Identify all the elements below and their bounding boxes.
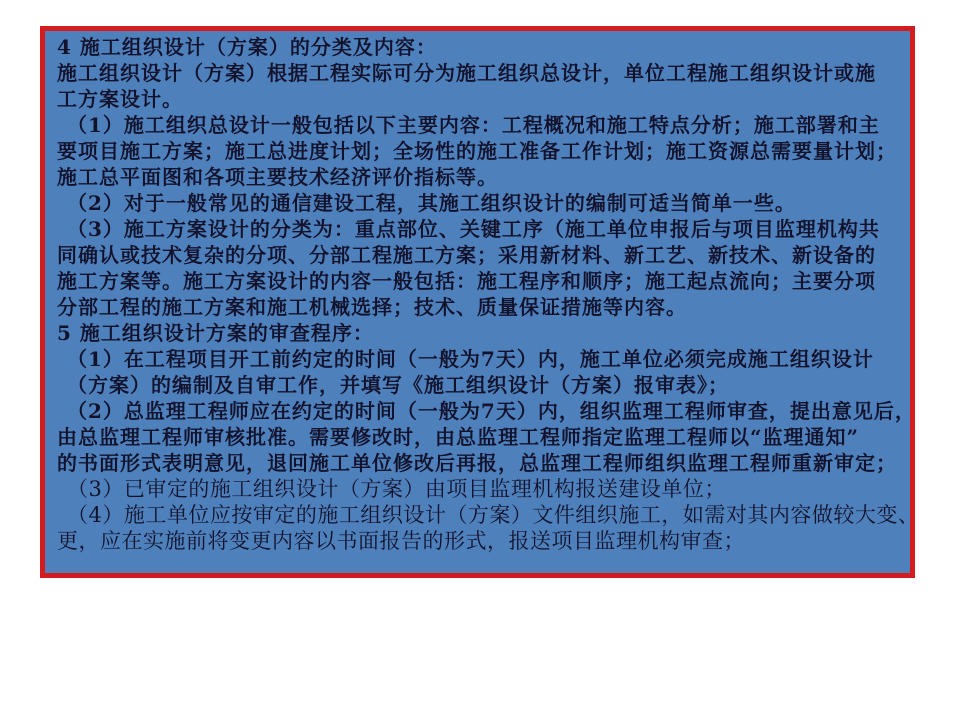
text-line: 更，应在实施前将变更内容以书面报告的形式，报送项目监理机构审查； bbox=[57, 528, 904, 554]
text-line: 施工总平面图和各项主要技术经济评价指标等。 bbox=[57, 164, 904, 190]
text-line: 同确认或技术复杂的分项、分部工程施工方案；采用新材料、新工艺、新技术、新设备的 bbox=[57, 242, 904, 268]
text-line: 5 施工组织设计方案的审查程序： bbox=[57, 320, 904, 346]
text-line: （3）已审定的施工组织设计（方案）由项目监理机构报送建设单位； bbox=[57, 476, 904, 502]
slide-text-block: 4 施工组织设计（方案）的分类及内容： 施工组织设计（方案）根据工程实际可分为施… bbox=[45, 31, 910, 554]
text-line: 分部工程的施工方案和施工机械选择；技术、质量保证措施等内容。 bbox=[57, 294, 904, 320]
slide: 4 施工组织设计（方案）的分类及内容： 施工组织设计（方案）根据工程实际可分为施… bbox=[40, 26, 915, 578]
text-line: （3）施工方案设计的分类为：重点部位、关键工序（施工单位申报后与项目监理机构共 bbox=[57, 216, 904, 242]
text-line: （2）总监理工程师应在约定的时间（一般为7天）内，组织监理工程师审查，提出意见后… bbox=[57, 398, 904, 424]
text-line: 要项目施工方案；施工总进度计划；全场性的施工准备工作计划；施工资源总需要量计划； bbox=[57, 138, 904, 164]
text-line: （2）对于一般常见的通信建设工程，其施工组织设计的编制可适当简单一些。 bbox=[57, 190, 904, 216]
text-line: （4）施工单位应按审定的施工组织设计（方案）文件组织施工，如需对其内容做较大变、 bbox=[57, 502, 904, 528]
text-line: （1）在工程项目开工前约定的时间（一般为7天）内，施工单位必须完成施工组织设计 bbox=[57, 346, 904, 372]
text-line: （方案）的编制及自审工作，并填写《施工组织设计（方案）报审表》； bbox=[57, 372, 904, 398]
text-line: 4 施工组织设计（方案）的分类及内容： bbox=[57, 34, 904, 60]
text-line: 由总监理工程师审核批准。需要修改时，由总监理工程师指定监理工程师以“监理通知” bbox=[57, 424, 904, 450]
text-line: 的书面形式表明意见，退回施工单位修改后再报，总监理工程师组织监理工程师重新审定； bbox=[57, 450, 904, 476]
page-background: 4 施工组织设计（方案）的分类及内容： 施工组织设计（方案）根据工程实际可分为施… bbox=[0, 0, 960, 720]
text-line: 工方案设计。 bbox=[57, 86, 904, 112]
text-line: 施工组织设计（方案）根据工程实际可分为施工组织总设计，单位工程施工组织设计或施 bbox=[57, 60, 904, 86]
text-line: 施工方案等。施工方案设计的内容一般包括：施工程序和顺序；施工起点流向；主要分项 bbox=[57, 268, 904, 294]
text-line: （1）施工组织总设计一般包括以下主要内容：工程概况和施工特点分析；施工部署和主 bbox=[57, 112, 904, 138]
